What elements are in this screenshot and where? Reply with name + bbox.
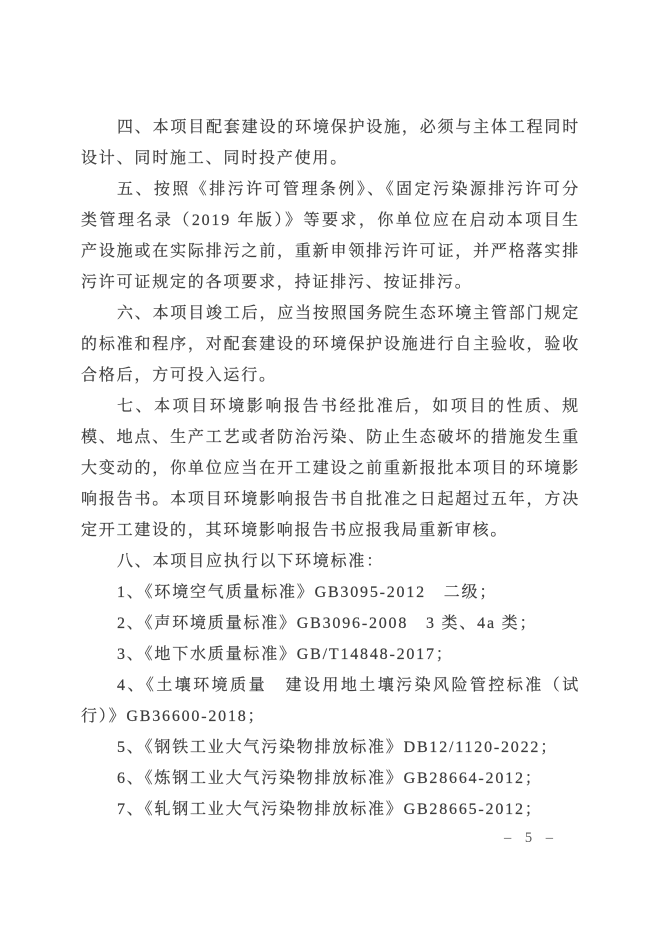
paragraph-standard-1: 1、《环境空气质量标准》GB3095-2012 二级； <box>81 577 580 608</box>
paragraph-standard-5: 5、《钢铁工业大气污染物排放标准》DB12/1120-2022； <box>81 732 580 763</box>
paragraph-standard-2: 2、《声环境质量标准》GB3096-2008 3 类、4a 类； <box>81 608 580 639</box>
paragraph-standard-3: 3、《地下水质量标准》GB/T14848-2017； <box>81 639 580 670</box>
paragraph-standard-6: 6、《炼钢工业大气污染物排放标准》GB28664-2012； <box>81 763 580 794</box>
paragraph-standard-4: 4、《土壤环境质量 建设用地土壤污染风险管控标准（试行）》GB36600-201… <box>81 670 580 732</box>
document-body: 四、本项目配套建设的环境保护设施，必须与主体工程同时设计、同时施工、同时投产使用… <box>81 112 580 825</box>
paragraph-clause-7: 七、本项目环境影响报告书经批准后，如项目的性质、规模、地点、生产工艺或者防治污染… <box>81 391 580 546</box>
document-page: 四、本项目配套建设的环境保护设施，必须与主体工程同时设计、同时施工、同时投产使用… <box>0 0 662 936</box>
paragraph-clause-8: 八、本项目应执行以下环境标准： <box>81 546 580 577</box>
paragraph-standard-7: 7、《轧钢工业大气污染物排放标准》GB28665-2012； <box>81 794 580 825</box>
paragraph-clause-6: 六、本项目竣工后，应当按照国务院生态环境主管部门规定的标准和程序，对配套建设的环… <box>81 298 580 391</box>
paragraph-clause-4: 四、本项目配套建设的环境保护设施，必须与主体工程同时设计、同时施工、同时投产使用… <box>81 112 580 174</box>
page-number: – 5 – <box>504 828 558 848</box>
paragraph-clause-5: 五、按照《排污许可管理条例》、《固定污染源排污许可分类管理名录（2019 年版）… <box>81 174 580 298</box>
